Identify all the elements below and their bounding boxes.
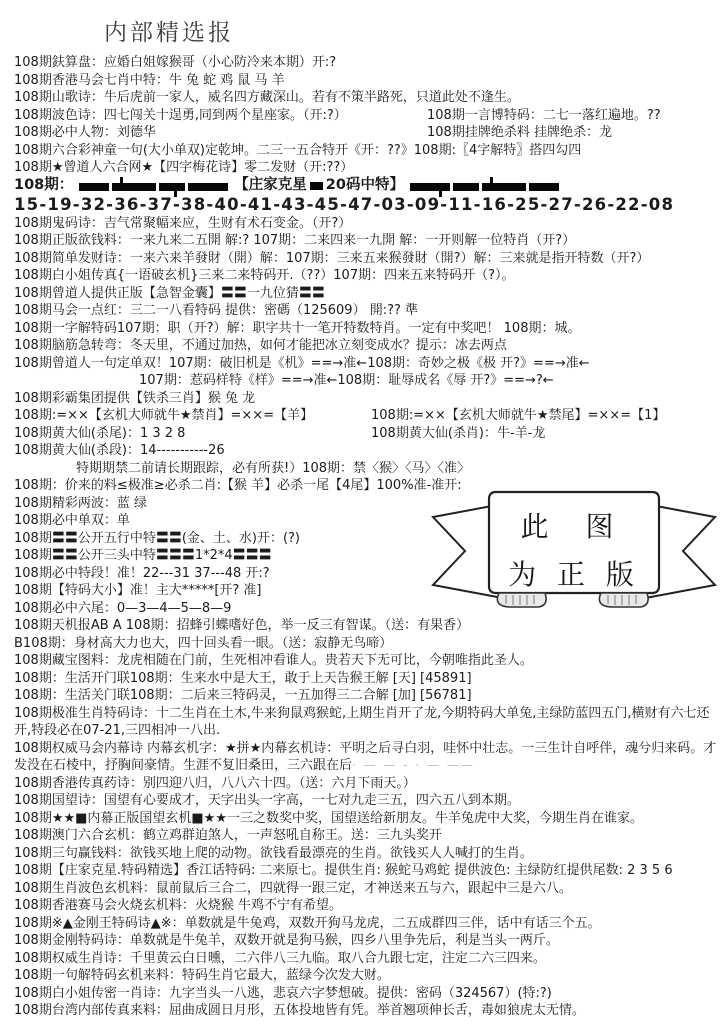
banner-text-top: 此 图: [521, 510, 628, 543]
report-line: 108期脑筋急转弯：冬天里，不通过加热，如何才能把冰立刻变成水？提示：冰去两点: [14, 337, 718, 355]
report-line: 108期彩霸集团提供【铁杀三肖】猴 兔 龙: [14, 390, 718, 408]
bar-segment: [453, 183, 479, 191]
report-line: 108期金刚特码诗：单数就是牛兔羊，双数开就是狗马猴，四乡八里争先后，利是当头一…: [14, 932, 718, 950]
line-text: 108期黄大仙(杀段)：14-----------26: [14, 443, 225, 458]
bar-segment: [529, 183, 559, 191]
report-line: 108期★曾道人六合网★【四字梅花诗】零二发财（开:??）: [14, 159, 718, 177]
bar-segment: [188, 183, 228, 191]
line-text: 108期：生活关门联108期：二后来三特码灵，一五加得三二合解 [加] [567…: [14, 688, 472, 703]
line-text: 108期【特码大小】准！主大*****[开? 准]: [14, 583, 262, 598]
report-line: 108期天机报AB A 108期：招蜂引蝶嗜好色，举一反三有智谋。（送：有果香）: [14, 617, 718, 635]
line-text: 108期必中单双：单: [14, 513, 130, 528]
report-line: 特期期禁二前请长期跟踪，必有所获!）108期：禁〈猴〉〈马〉〈准〉: [14, 460, 718, 478]
line-text: 108期★曾道人六合网★【四字梅花诗】零二发财（开:??）: [14, 160, 353, 175]
gang-line-prefix: 108期：: [14, 177, 73, 195]
line-text: 108期【庄家克星.特码精选】香江话特码: 二来原七。提供生肖: 猴蛇马鸡蛇 提…: [14, 863, 673, 878]
report-line: 108期山歌诗：牛后虎前一家人，威名四方藏深山。若有不策半路死，只道此处不逢生。: [14, 89, 718, 107]
genuine-seal-banner: 此 图 为 正 版: [428, 487, 720, 619]
line-text: 108期香港传真药诗：别四迎八归，八八六十四。（送：六月下雨天。）: [14, 776, 416, 791]
line-text-right: 108期一言博特码：二七一落红遍地。??: [427, 107, 661, 125]
banner-text-bottom: 为 正 版: [508, 558, 640, 591]
report-page: 内部精选报 108期鈇算盘：应婚白姐嫁猴哥（小心防冷来本期）开:?108期香港马…: [0, 0, 723, 1024]
line-text: 108期精彩两波：蓝 绿: [14, 496, 147, 511]
report-line: B108期：身材高大力也大，四十回头看一眼。（送：寂静无鸟啼）: [14, 635, 718, 653]
line-text: 108期鬼码诗：吉气常聚幅来应，生财有术石变金。（开?）: [14, 216, 351, 231]
line-text-left: 108期黄大仙(杀尾)：1 3 2 8: [14, 426, 185, 441]
faded-print-marks: · — — - · — ——: [352, 758, 475, 772]
report-line: 108期一句解特码玄机来料：特码生肖它最大，蓝绿今次发大财。: [14, 967, 718, 985]
line-text-right: 108期黄大仙(杀肖)：牛-羊-龙: [371, 425, 545, 443]
line-text: 108期〓〓公开三头中特〓〓〓1*2*4〓〓〓: [14, 548, 272, 563]
report-line: 108期鈇算盘：应婚白姐嫁猴哥（小心防冷来本期）开:?: [14, 54, 718, 72]
line-text: 108期白小姐传密一肖诗：九字当头一八逃，悲哀六字梦想破。提供：密码（32456…: [14, 986, 552, 1001]
line-text: 108期白小姐传真{一语破玄机}三来二来特码开.（??）107期：四来五来特码开…: [14, 268, 515, 283]
report-line: 108期台湾内部传真来料：屈曲成圆日月形，五体投地皆有凭。举首翘项伸长舌，毒如狼…: [14, 1002, 718, 1020]
report-line: 108期：生活关门联108期：二后来三特码灵，一五加得三二合解 [加] [567…: [14, 687, 718, 705]
line-text: 108期：价来的料≤极准≥必杀二肖:【猴 羊】必杀一尾【4尾】100%准-准开:: [14, 478, 462, 493]
line-text: 107期：惹码样特《样》==→准←108期：耻辱成名《辱 开?》==→?←: [139, 373, 554, 388]
line-text: 108期鈇算盘：应婚白姐嫁猴哥（小心防冷来本期）开:?: [14, 55, 336, 70]
report-line: 108期香港传真药诗：别四迎八归，八八六十四。（送：六月下雨天。）: [14, 775, 718, 793]
line-text: B108期：身材高大力也大，四十回头看一眼。（送：寂静无鸟啼）: [14, 636, 392, 651]
line-text: 108期三句赢钱料：欲钱买地上爬的动物。欲钱看最漂亮的生肖。欲钱买人人喊打的生肖…: [14, 846, 533, 861]
report-line: 108期澳门六合玄机：鹤立鸡群迫煞人，一声怒吼自称王。送：三九头奖开: [14, 827, 718, 845]
line-text: 108期藏宝图料：龙虎相随在门前，生死相冲看谁人。贵若天下无可比，今朝唯指此圣人…: [14, 653, 533, 668]
report-line: 108期生肖波色玄机料：鼠前鼠后三合二，四就得一跟三定，才神送来五与六，跟起中三…: [14, 880, 718, 898]
black-square-decoration: [310, 182, 323, 190]
line-text: 108期简单发财诗：一来六来羊發財（開）解：107期：三来五来猴發財（開?）解：…: [14, 251, 649, 266]
report-line: 108期曾道人提供正版【急智金囊】〓〓一九位猜〓〓: [14, 285, 718, 303]
line-text: 108期一句解特码玄机来料：特码生肖它最大，蓝绿今次发大财。: [14, 968, 390, 983]
line-text: 108期台湾内部传真来料：屈曲成圆日月形，五体投地皆有凭。举首翘项伸长舌，毒如狼…: [14, 1003, 585, 1018]
line-text-right: 108期:=××【玄机大师就牛★禁尾】=××=【1】: [371, 407, 665, 425]
report-line: 108期：生活开门联108期：生来水中是大王，敢于上天告猴王解 [天] [458…: [14, 670, 718, 688]
line-text: 108期香港赛马会火烧玄机料：火烧猴 牛鸡不宁有希望。: [14, 898, 342, 913]
report-line: 108期鬼码诗：吉气常聚幅来应，生财有术石变金。（开?）: [14, 215, 718, 233]
report-line: 108期黄大仙(杀尾)：1 3 2 8108期黄大仙(杀肖)：牛-羊-龙: [14, 425, 718, 443]
bar-segment: [79, 183, 109, 191]
line-text: 108期金刚特码诗：单数就是牛兔羊，双数开就是狗马猴，四乡八里争先后，利是当头一…: [14, 933, 559, 948]
bar-decoration: [79, 183, 228, 191]
gang-line-label: 【庄家克星: [234, 177, 307, 195]
line-text: 108期极准生肖特码诗：十二生肖在土木,牛来狗鼠鸡猴蛇,上期生肖开了龙,今期特码…: [14, 706, 709, 739]
bar-segment: [410, 183, 450, 191]
page-title: 内部精选报: [104, 14, 234, 47]
report-line: 108期马会一点红：三二一八看特码 提供：密碼（125609） 開:?? 準: [14, 302, 718, 320]
report-line: 108期曾道人一句定单双！107期：破旧机是《机》==→准←108期：奇妙之极《…: [14, 355, 718, 373]
report-line: 107期：惹码样特《样》==→准←108期：耻辱成名《辱 开?》==→?←: [14, 372, 718, 390]
bar-segment: [159, 183, 185, 191]
report-line: 108期一字解特码107期：职（开?）解：职字共十一笔开特数特肖。一定有中奖吧！…: [14, 320, 718, 338]
line-text: 108期曾道人提供正版【急智金囊】〓〓一九位猜〓〓: [14, 286, 325, 301]
line-text: 108期※▲金刚王特码诗▲※：单数就是牛兔鸡，双数开狗马龙虎，二五成群四三伴，话…: [14, 916, 601, 931]
report-line: 108期【庄家克星.特码精选】香江话特码: 二来原七。提供生肖: 猴蛇马鸡蛇 提…: [14, 862, 718, 880]
line-text: 108期澳门六合玄机：鹤立鸡群迫煞人，一声怒吼自称王。送：三九头奖开: [14, 828, 442, 843]
bar-decoration: [410, 183, 559, 191]
line-text: 108期山歌诗：牛后虎前一家人，威名四方藏深山。若有不策半路死，只道此处不逢生。: [14, 90, 520, 105]
report-line: 108期极准生肖特码诗：十二生肖在土木,牛来狗鼠鸡猴蛇,上期生肖开了龙,今期特码…: [14, 705, 718, 740]
report-line: 108期国望诗：国望有心要成才，天字出头一字高，一七对九走三五，四六五八到本期。: [14, 792, 718, 810]
report-line: 108期正版欲钱料：一来九来二五開 解:? 107期：二来四来一九開 解：一开则…: [14, 232, 718, 250]
bar-segment: [112, 183, 156, 191]
gang-line: 108期：【庄家克星20码中特】: [14, 177, 718, 195]
report-line: 108期黄大仙(杀段)：14-----------26: [14, 442, 718, 460]
report-line: 108期白小姐传密一肖诗：九字当头一八逃，悲哀六字梦想破。提供：密码（32456…: [14, 985, 718, 1003]
report-line: 108期:=××【玄机大师就牛★禁肖】=××=【羊】108期:=××【玄机大师就…: [14, 407, 718, 425]
line-text: 108期马会一点红：三二一八看特码 提供：密碼（125609） 開:?? 準: [14, 303, 418, 318]
line-text: 108期曾道人一句定单双！107期：破旧机是《机》==→准←108期：奇妙之极《…: [14, 356, 590, 371]
line-text: 108期国望诗：国望有心要成才，天字出头一字高，一七对九走三五，四六五八到本期。: [14, 793, 520, 808]
line-text: 特期期禁二前请长期跟踪，必有所获!）108期：禁〈猴〉〈马〉〈准〉: [76, 461, 470, 476]
line-text: 108期六合彩神童一句(大小单双)定乾坤。二三一五合特开《开：??》108期:〖…: [14, 143, 581, 158]
twenty-codes-line: 15-19-32-36-37-38-40-41-43-45-47-03-09-1…: [14, 195, 718, 215]
report-line: 108期★★■内幕正版国望玄机■★★一三之数奖中奖，国望送给新朋友。牛羊兔虎中大…: [14, 810, 718, 828]
scroll-curl-right: [599, 593, 648, 607]
bar-segment: [482, 183, 526, 191]
line-text-left: 108期波色诗：四七闯关十逞勇,同到两个星座家。（开:?）: [14, 108, 347, 123]
line-text: 108期正版欲钱料：一来九来二五開 解:? 107期：二来四来一九開 解：一开则…: [14, 233, 575, 248]
report-line: 108期简单发财诗：一来六来羊發財（開）解：107期：三来五来猴發財（開?）解：…: [14, 250, 718, 268]
line-text: 108期权威生肖诗：千里黄云白日曛，二六伴八三九临。取八合九跟七定，注定二六三四…: [14, 951, 546, 966]
report-line: 108期※▲金刚王特码诗▲※：单数就是牛兔鸡，双数开狗马龙虎，二五成群四三伴，话…: [14, 915, 718, 933]
line-text-left: 108期必中人物：刘德华: [14, 125, 156, 140]
line-text: 108期必中特段！准！22---31 37---48 开:?: [14, 566, 270, 581]
line-text: 108期一字解特码107期：职（开?）解：职字共十一笔开特数特肖。一定有中奖吧！…: [14, 321, 580, 336]
line-text: 108期彩霸集团提供【铁杀三肖】猴 兔 龙: [14, 391, 255, 406]
report-line: 108期三句赢钱料：欲钱买地上爬的动物。欲钱看最漂亮的生肖。欲钱买人人喊打的生肖…: [14, 845, 718, 863]
line-text: 108期：生活开门联108期：生来水中是大王，敢于上天告猴王解 [天] [458…: [14, 671, 472, 686]
report-line: 108期权威马会内幕诗 内幕玄机字：★拼★内幕玄机诗：平明之后寻白羽，哇怀中壮志…: [14, 740, 718, 775]
line-text: 108期天机报AB A 108期：招蜂引蝶嗜好色，举一反三有智谋。（送：有果香）: [14, 618, 469, 633]
report-line: 108期香港赛马会火烧玄机料：火烧猴 牛鸡不宁有希望。: [14, 897, 718, 915]
line-text: 108期脑筋急转弯：冬天里，不通过加热，如何才能把冰立刻变成水？提示：冰去两点: [14, 338, 507, 353]
line-text: 108期香港马会七肖中特：牛 兔 蛇 鸡 鼠 马 羊: [14, 73, 285, 88]
line-text-right: 108期挂牌绝杀料 挂牌绝杀：龙: [427, 124, 612, 142]
line-text: 108期★★■内幕正版国望玄机■★★一三之数奖中奖，国望送给新朋友。牛羊兔虎中大…: [14, 811, 643, 826]
report-line: 108期白小姐传真{一语破玄机}三来二来特码开.（??）107期：四来五来特码开…: [14, 267, 718, 285]
line-text-left: 108期:=××【玄机大师就牛★禁肖】=××=【羊】: [14, 408, 313, 423]
gang-line-label: 20码中特】: [326, 177, 404, 195]
report-line: 108期权威生肖诗：千里黄云白日曛，二六伴八三九临。取八合九跟七定，注定二六三四…: [14, 950, 718, 968]
report-line: 108期香港马会七肖中特：牛 兔 蛇 鸡 鼠 马 羊: [14, 72, 718, 90]
line-text: 108期必中六尾：0—3—4—5—8—9: [14, 601, 231, 616]
report-line: 108期藏宝图料：龙虎相随在门前，生死相冲看谁人。贵若天下无可比，今朝唯指此圣人…: [14, 652, 718, 670]
line-text: 108期生肖波色玄机料：鼠前鼠后三合二，四就得一跟三定，才神送来五与六，跟起中三…: [14, 881, 572, 896]
line-text: 108期〓〓公开五行中特〓〓(金、土、水)开：(?): [14, 531, 300, 546]
report-line: 108期波色诗：四七闯关十逞勇,同到两个星座家。（开:?）108期一言博特码：二…: [14, 107, 718, 125]
report-line: 108期六合彩神童一句(大小单双)定乾坤。二三一五合特开《开：??》108期:〖…: [14, 142, 718, 160]
scroll-curl-left: [497, 593, 546, 607]
report-line: 108期必中人物：刘德华108期挂牌绝杀料 挂牌绝杀：龙: [14, 124, 718, 142]
